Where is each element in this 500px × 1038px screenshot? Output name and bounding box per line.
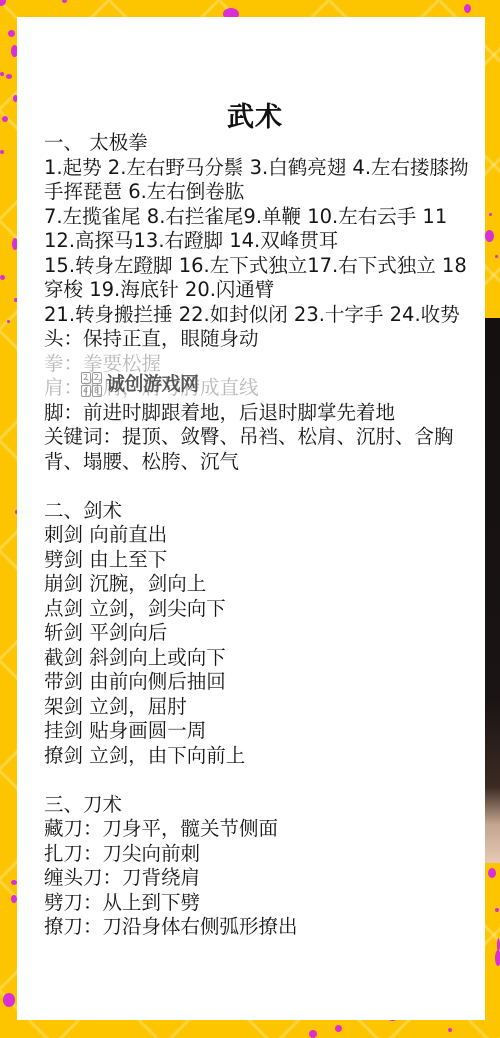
text-line: 架剑 立剑，屈肘 — [44, 695, 485, 720]
watermark-text: 诚创游戏网 — [106, 369, 199, 396]
decorative-dot — [464, 4, 471, 13]
decorative-dot — [309, 1030, 317, 1038]
text-line: 1.起势 2.左右野马分鬃 3.白鹤亮翅 4.左右搂膝拗 — [44, 156, 485, 181]
text-line: 藏刀：刀身平，髋关节侧面 — [44, 817, 485, 842]
document-card: 武术 一、 太极拳 1.起势 2.左右野马分鬃 3.白鹤亮翅 4.左右搂膝拗 手… — [17, 17, 485, 1020]
page-title: 武术 — [17, 95, 485, 134]
text-line: 手挥琵琶 6.左右倒卷肱 — [44, 180, 485, 205]
text-line: 缠头刀：刀背绕肩 — [44, 866, 485, 891]
text-line: 关键词：提顶、敛臀、吊裆、松肩、沉肘、含胸 — [44, 425, 485, 450]
decorative-dot — [0, 150, 4, 154]
spacer — [44, 474, 485, 499]
decorative-dot — [448, 1028, 452, 1032]
decorative-dot — [488, 868, 496, 878]
text-line: 扎刀：刀尖向前刺 — [44, 842, 485, 867]
spacer — [44, 768, 485, 793]
decorative-dot — [6, 74, 12, 79]
text-line: 带剑 由前向侧后抽回 — [44, 670, 485, 695]
text-line: 穿梭 19.海底针 20.闪通臂 — [44, 278, 485, 303]
text-line: 劈剑 由上至下 — [44, 548, 485, 573]
decorative-dot — [7, 320, 10, 323]
logo-digit: 2 — [92, 372, 102, 384]
text-line: 21.转身搬拦捶 22.如封似闭 23.十字手 24.收势 — [44, 303, 485, 328]
text-line: 撩刀：刀沿身体右侧弧形撩出 — [44, 915, 485, 940]
text-line: 15.转身左蹬脚 16.左下式独立17.右下式独立 18 — [44, 254, 485, 279]
decorative-dot — [489, 213, 492, 216]
watermark-logo-icon: 2 2 4 8 — [80, 372, 102, 394]
section-heading-sword: 二、剑术 — [44, 499, 485, 524]
text-line: 截剑 斜剑向上或向下 — [44, 646, 485, 671]
decorative-dot — [495, 255, 498, 258]
text-line: 撩剑 立剑，由下向前上 — [44, 744, 485, 769]
text-line: 斩剑 平剑向后 — [44, 621, 485, 646]
logo-digit: 2 — [81, 372, 91, 384]
text-line: 头：保持正直，眼随身动 — [44, 327, 485, 352]
logo-digit: 8 — [92, 385, 102, 397]
decorative-dot — [0, 72, 4, 76]
decorative-dot — [495, 908, 499, 912]
decorative-dot — [335, 1025, 342, 1032]
logo-digit: 4 — [81, 385, 91, 397]
section-heading-broadsword: 三、刀术 — [44, 793, 485, 818]
text-line: 劈刀：从上到下劈 — [44, 891, 485, 916]
decorative-dot — [485, 230, 494, 242]
text-line: 背、塌腰、松胯、沉气 — [44, 450, 485, 475]
text-line: 挂剑 贴身画圆一周 — [44, 719, 485, 744]
watermark: 2 2 4 8 诚创游戏网 — [80, 369, 199, 396]
text-line: 12.高探马13.右蹬脚 14.双峰贯耳 — [44, 229, 485, 254]
section-heading-taiji: 一、 太极拳 — [44, 131, 485, 156]
text-line: 崩剑 沉腕，剑向上 — [44, 572, 485, 597]
document-body: 一、 太极拳 1.起势 2.左右野马分鬃 3.白鹤亮翅 4.左右搂膝拗 手挥琵琶… — [44, 131, 485, 940]
text-line: 7.左揽雀尾 8.右拦雀尾9.单鞭 10.左右云手 11 — [44, 205, 485, 230]
decorative-dot — [3, 993, 15, 1007]
decorative-dot — [8, 30, 15, 37]
text-line: 脚：前进时脚跟着地，后退时脚掌先着地 — [44, 401, 485, 426]
text-line: 刺剑 向前直出 — [44, 523, 485, 548]
decorative-dot — [2, 116, 8, 122]
text-line: 点剑 立剑，剑尖向下 — [44, 597, 485, 622]
background-photo-edge — [485, 318, 500, 863]
decorative-dot — [495, 950, 500, 966]
decorative-dot — [0, 275, 5, 280]
